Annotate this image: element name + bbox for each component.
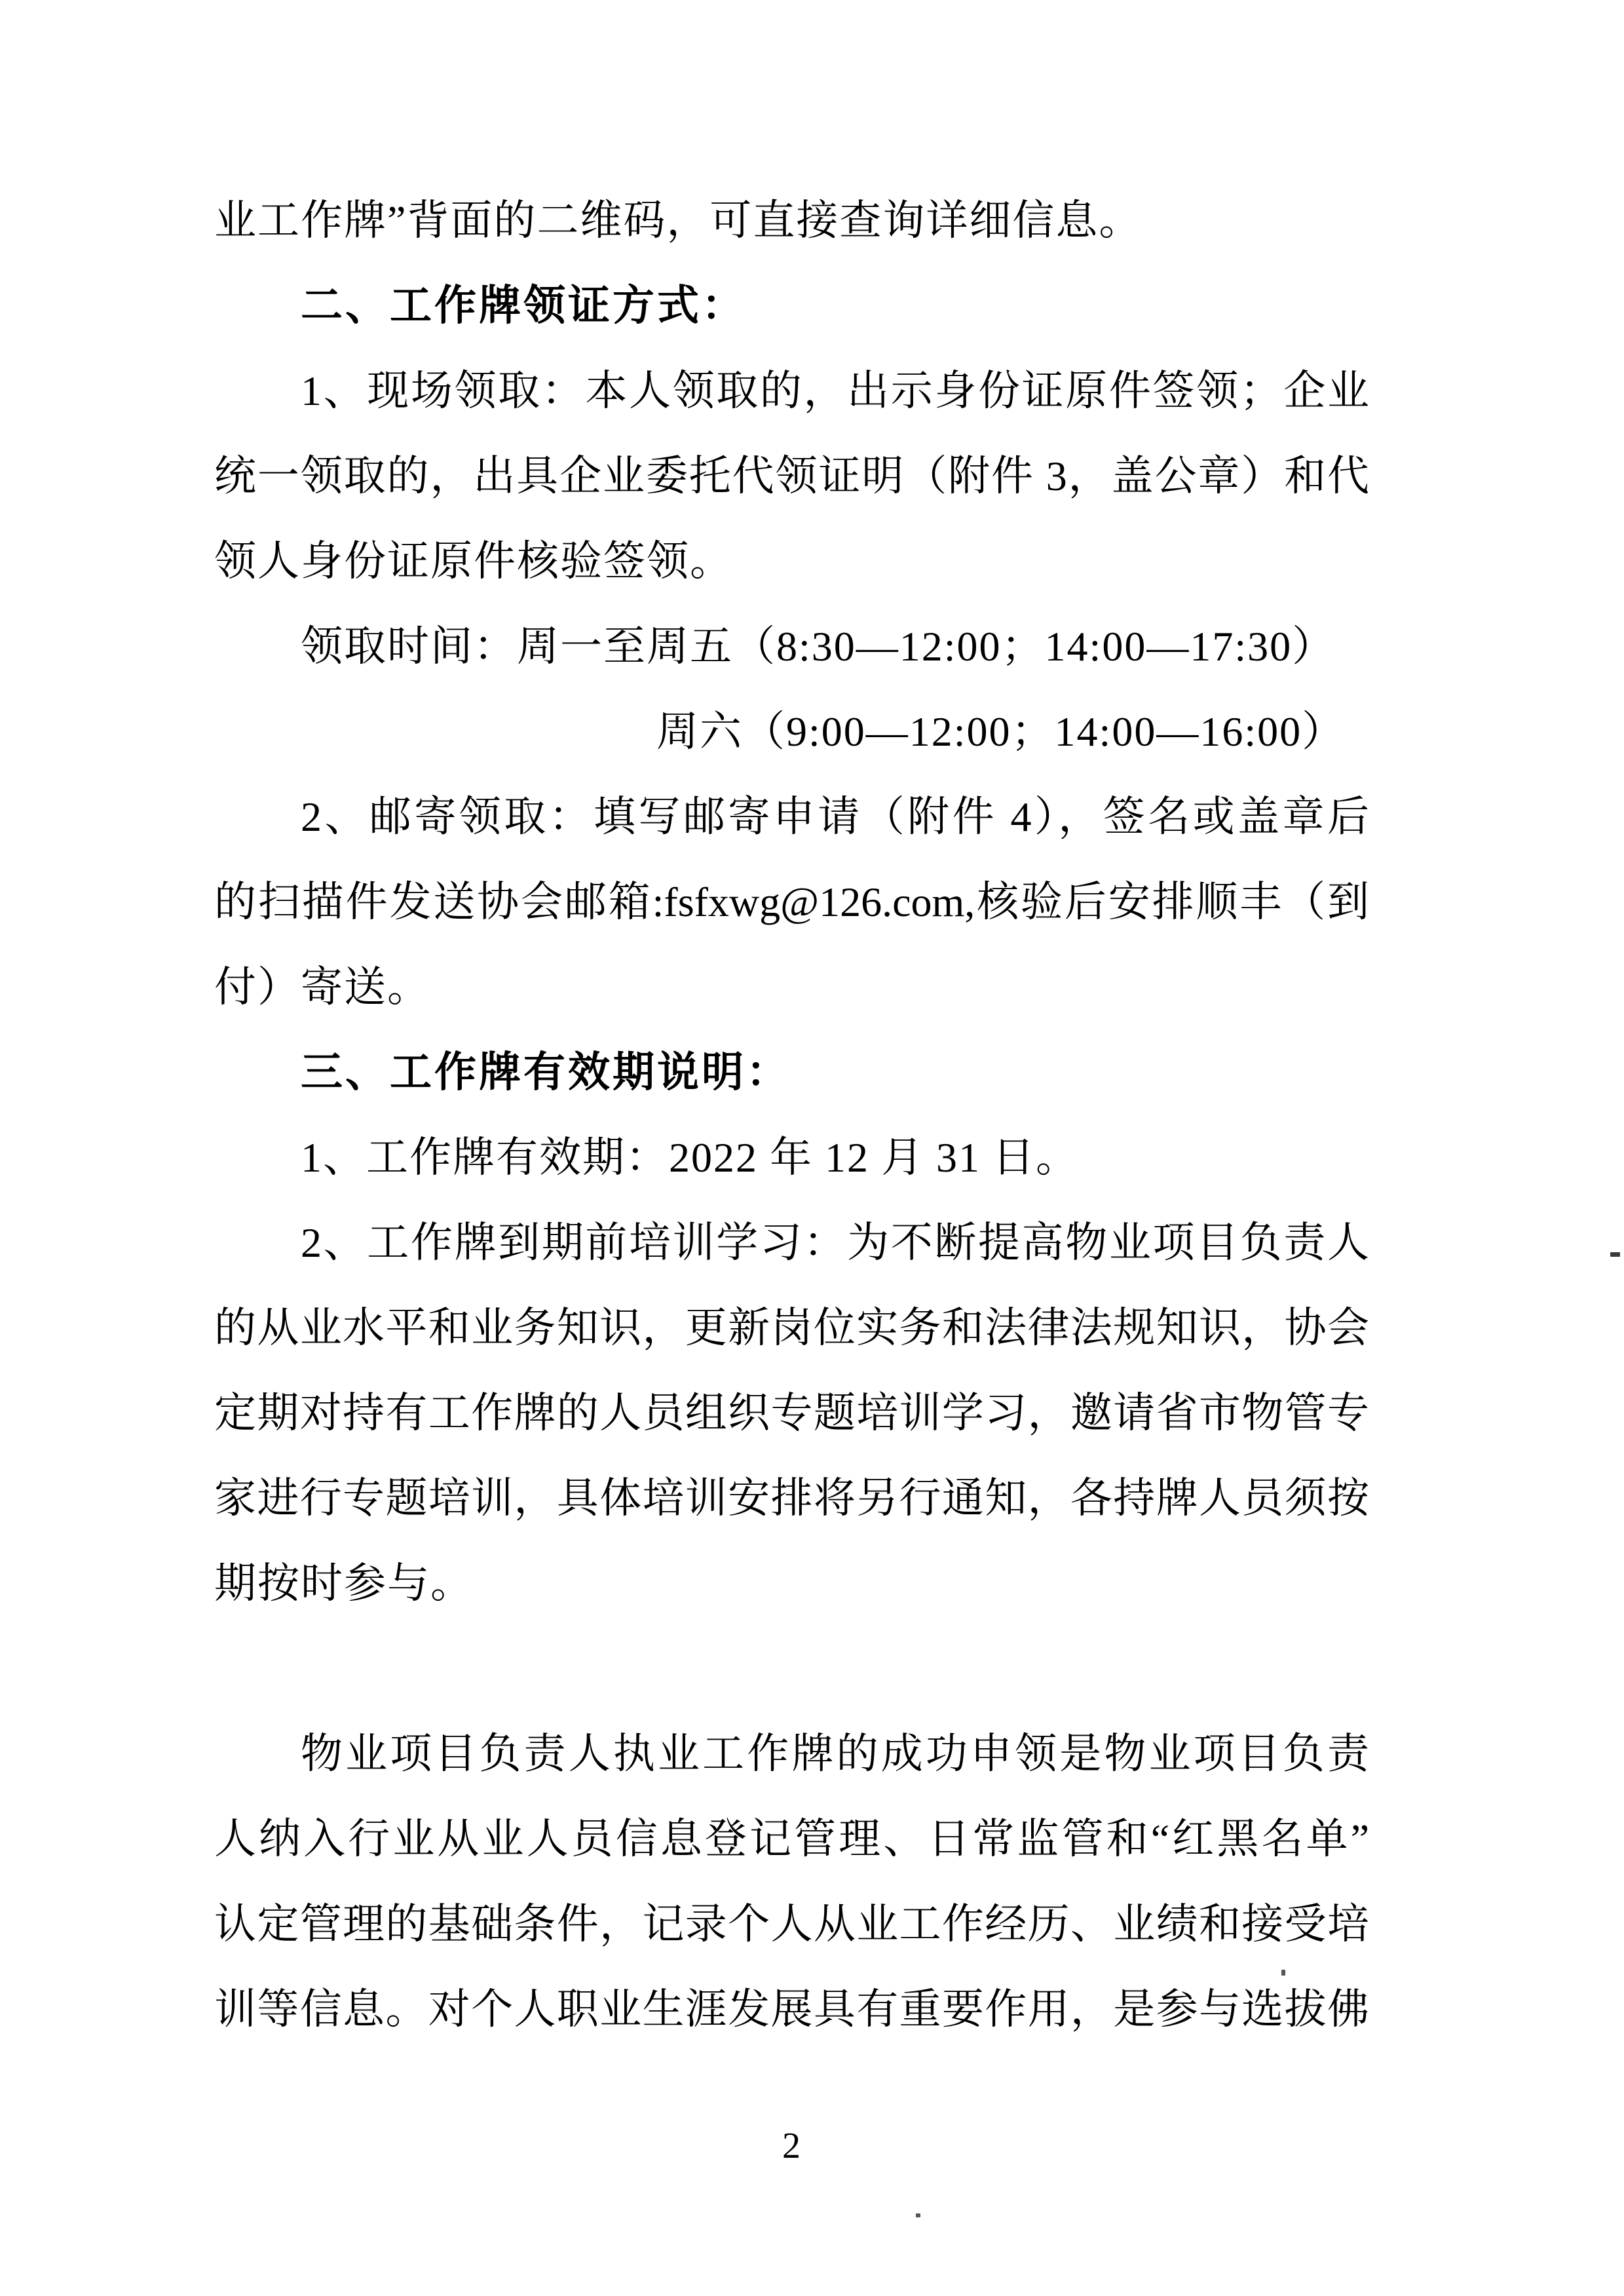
section-heading: 二、工作牌领证方式： (301, 263, 1369, 349)
text-line: 定期对持有工作牌的人员组织专题培训学习，邀请省市物管专 (214, 1371, 1369, 1456)
text-line: 周六（9:00—12:00；14:00—16:00） (656, 689, 1443, 775)
scan-artifact-dot (1281, 1970, 1285, 1976)
text-line: 领人身份证原件核验签领。 (214, 519, 1369, 604)
text-line: 2、工作牌到期前培训学习：为不断提高物业项目负责人 (301, 1200, 1369, 1286)
text-line: 的从业水平和业务知识，更新岗位实务和法律法规知识，协会 (214, 1286, 1369, 1371)
text-line: 家进行专题培训，具体培训安排将另行通知，各持牌人员须按 (214, 1456, 1369, 1541)
text-line: 的扫描件发送协会邮箱:fsfxwg@126.com,核验后安排顺丰（到 (214, 860, 1369, 945)
text-line: 付）寄送。 (214, 945, 1369, 1030)
scan-artifact-dot (916, 2213, 920, 2217)
text-line: 领取时间：周一至周五（8:30—12:00；14:00—17:30） (301, 604, 1369, 689)
text-line: 2、邮寄领取：填写邮寄申请（附件 4），签名或盖章后 (301, 775, 1369, 860)
section-heading: 三、工作牌有效期说明： (301, 1030, 1369, 1115)
text-line: 1、现场领取：本人领取的，出示身份证原件签领；企业 (301, 349, 1369, 434)
page-number: 2 (765, 2113, 818, 2179)
text-line: 物业项目负责人执业工作牌的成功申领是物业项目负责 (301, 1712, 1369, 1797)
scan-artifact-dash (1610, 1252, 1620, 1257)
text-line: 认定管理的基础条件，记录个人从业工作经历、业绩和接受培 (214, 1882, 1369, 1967)
text-line: 训等信息。对个人职业生涯发展具有重要作用，是参与选拔佛 (214, 1967, 1369, 2052)
text-line: 人纳入行业从业人员信息登记管理、日常监管和“红黑名单” (214, 1797, 1369, 1882)
text-line: 业工作牌”背面的二维码，可直接查询详细信息。 (214, 178, 1369, 263)
text-line: 1、工作牌有效期：2022 年 12 月 31 日。 (301, 1115, 1369, 1200)
text-line: 期按时参与。 (214, 1541, 1369, 1626)
document-page: 业工作牌”背面的二维码，可直接查询详细信息。 二、工作牌领证方式： 1、现场领取… (0, 0, 1624, 2296)
text-line: 统一领取的，出具企业委托代领证明（附件 3，盖公章）和代 (214, 434, 1369, 519)
